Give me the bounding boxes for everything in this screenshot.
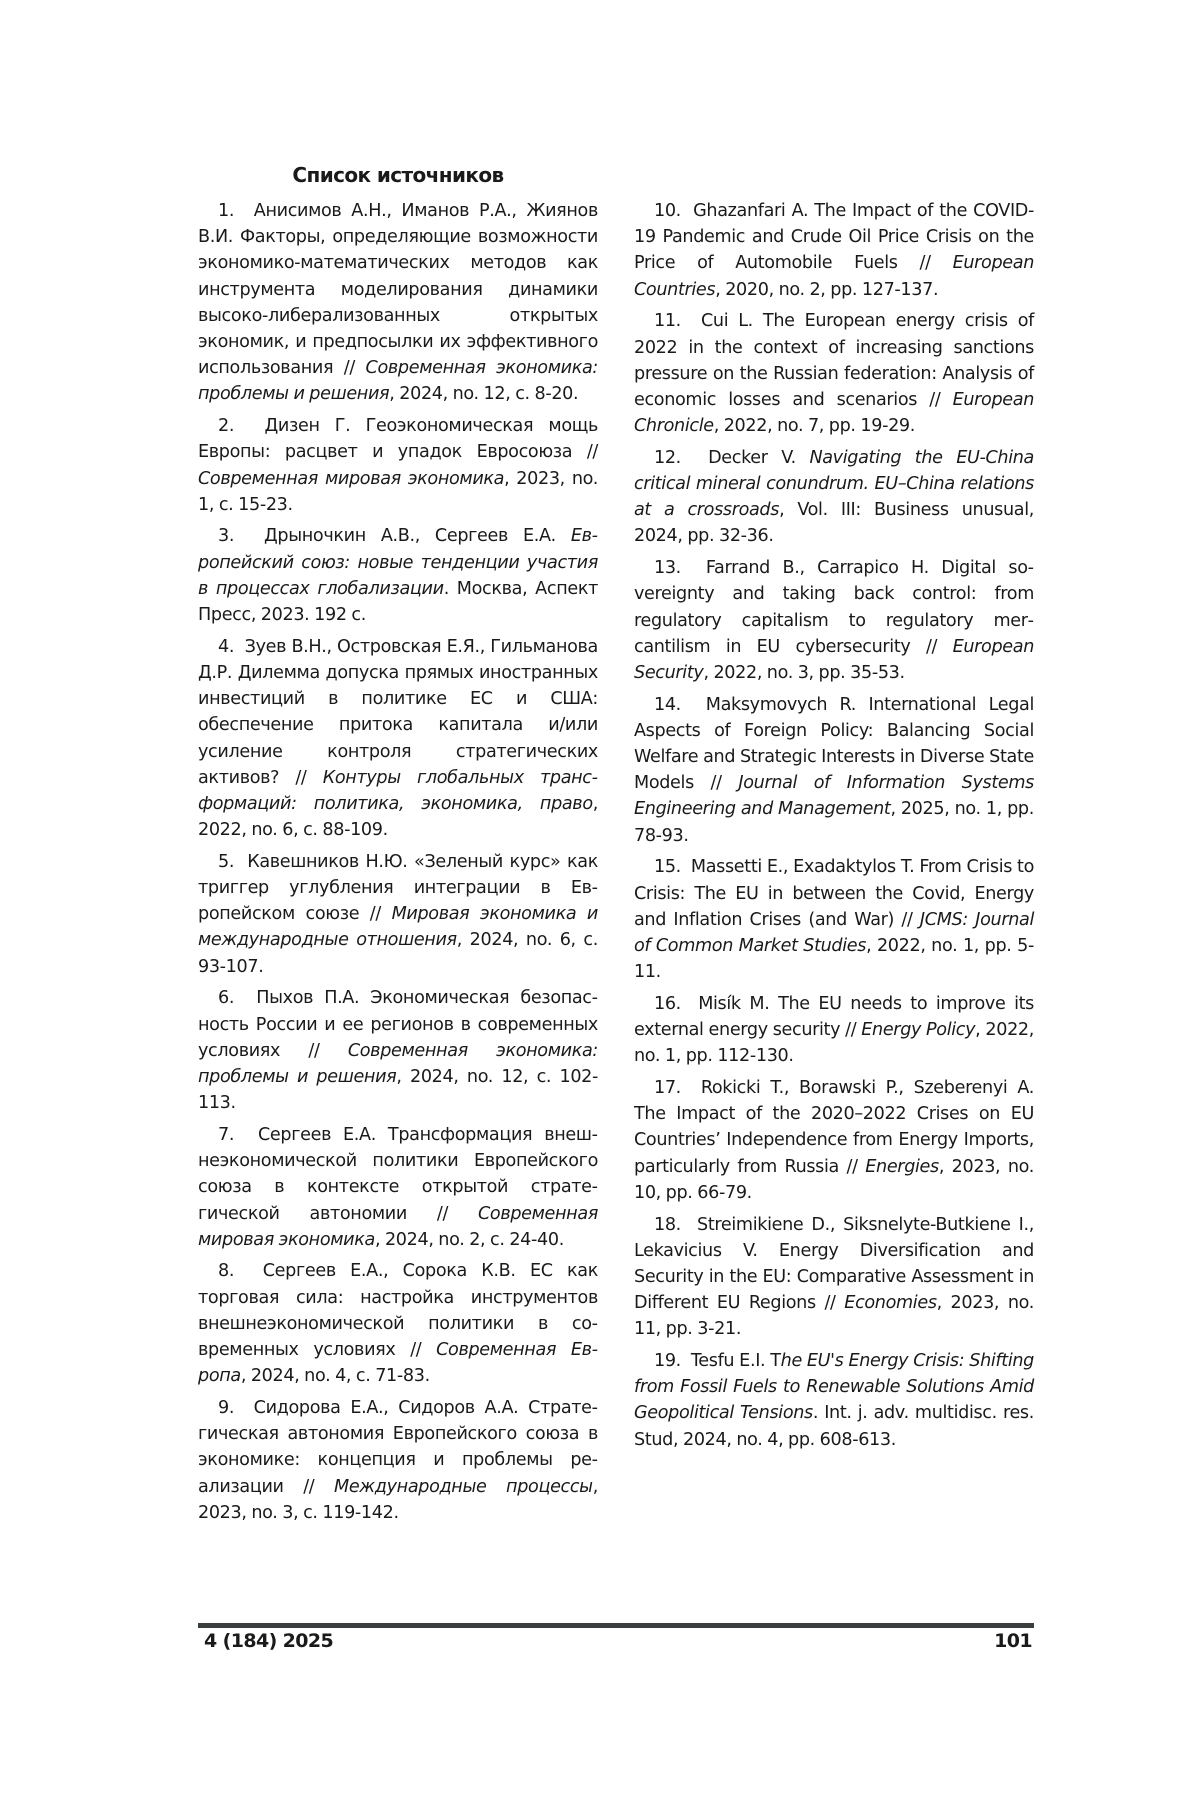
reference-source: Energy Policy <box>861 1020 975 1040</box>
reference-number: 12. <box>654 448 681 468</box>
reference-item: 8. Сергеев Е.А., Сорока К.В. ЕС как торг… <box>198 1258 598 1389</box>
reference-details: , 2024, no. 2, с. 24-40. <box>375 1230 564 1250</box>
page-number: 101 <box>994 1630 1032 1652</box>
reference-details: , 2024, no. 12, с. 8-20. <box>389 384 578 404</box>
reference-number: 16. <box>654 994 681 1014</box>
reference-number: 15. <box>654 857 681 877</box>
reference-item: 4. Зуев В.Н., Островская Е.Я., Гильма­но… <box>198 634 598 844</box>
footer-rule <box>198 1623 1034 1628</box>
reference-details: , 2020, no. 2, pp. 127-137. <box>715 280 938 300</box>
reference-item: 15. Massetti E., Exadaktylos T. From Cri… <box>634 854 1034 985</box>
reference-item: 14. Maksymovych R. International Legal A… <box>634 692 1034 849</box>
reference-item: 19. Tesfu E.I. The EU's Energy Crisis: S… <box>634 1348 1034 1453</box>
reference-item: 12. Decker V. Navigating the EU-China cr… <box>634 445 1034 550</box>
reference-number: 1. <box>218 201 234 221</box>
reference-number: 2. <box>218 416 234 436</box>
reference-item: 16. Misík M. The EU needs to improve its… <box>634 991 1034 1070</box>
reference-number: 14. <box>654 695 681 715</box>
reference-item: 9. Сидорова Е.А., Сидоров А.А. Страте­ги… <box>198 1395 598 1526</box>
reference-details: , 2024, no. 4, с. 71-83. <box>241 1366 430 1386</box>
reference-text: Дрыночкин А.В., Сергеев Е.А. <box>264 526 571 546</box>
reference-item: 11. Cui L. The European energy crisis of… <box>634 308 1034 439</box>
reference-text: Анисимов А.Н., Иманов Р.А., Жиянов В.И. … <box>198 201 598 378</box>
reference-number: 9. <box>218 1398 234 1418</box>
reference-item: 17. Rokicki T., Borawski P., Szeberenyi … <box>634 1075 1034 1206</box>
reference-item: 3. Дрыночкин А.В., Сергеев Е.А. Ев­ропей… <box>198 523 598 628</box>
references-heading: Список источников <box>198 160 598 190</box>
reference-number: 3. <box>218 526 234 546</box>
reference-item: 13. Farrand B., Carrapico H. Digital so­… <box>634 555 1034 686</box>
references-column-right: 10. Ghazanfari A. The Impact of the COVI… <box>634 198 1034 1458</box>
reference-text: Tesfu E.I. T <box>691 1351 781 1371</box>
reference-number: 6. <box>218 988 234 1008</box>
reference-number: 7. <box>218 1125 234 1145</box>
reference-number: 10. <box>654 201 681 221</box>
reference-number: 4. <box>218 637 234 657</box>
reference-text: Дизен Г. Геоэкономическая мощь Европы: р… <box>198 416 598 462</box>
reference-item: 1. Анисимов А.Н., Иманов Р.А., Жиянов В.… <box>198 198 598 408</box>
reference-number: 19. <box>654 1351 681 1371</box>
reference-source: Современная мировая экономика <box>198 469 504 489</box>
reference-item: 10. Ghazanfari A. The Impact of the COVI… <box>634 198 1034 303</box>
reference-item: 2. Дизен Г. Геоэкономическая мощь Европы… <box>198 413 598 518</box>
references-column-left: 1. Анисимов А.Н., Иманов Р.А., Жиянов В.… <box>198 198 598 1531</box>
reference-text: Decker V. <box>708 448 809 468</box>
reference-number: 8. <box>218 1261 234 1281</box>
reference-text: Зуев В.Н., Островская Е.Я., Гильма­нова … <box>198 637 598 788</box>
reference-details: , 2022, no. 3, pp. 35-53. <box>703 663 904 683</box>
reference-details: , 2022, no. 7, pp. 19-29. <box>714 416 915 436</box>
reference-number: 5. <box>218 852 234 872</box>
reference-source: Energies <box>865 1157 939 1177</box>
journal-page: Список источников 1. Анисимов А.Н., Иман… <box>0 0 1200 1801</box>
reference-source: Международные процессы <box>334 1477 593 1497</box>
reference-item: 5. Кавешников Н.Ю. «Зеленый курс» как тр… <box>198 849 598 980</box>
reference-number: 11. <box>654 311 681 331</box>
reference-number: 18. <box>654 1215 681 1235</box>
reference-item: 18. Streimikiene D., Siksnelyte-Butkiene… <box>634 1212 1034 1343</box>
reference-number: 13. <box>654 558 681 578</box>
issue-number: 4 (184) 2025 <box>204 1630 333 1652</box>
reference-number: 17. <box>654 1078 681 1098</box>
reference-source: Eco­nomies <box>844 1293 936 1313</box>
reference-item: 7. Сергеев Е.А. Трансформация внеш­неэко… <box>198 1122 598 1253</box>
reference-item: 6. Пыхов П.А. Экономическая безопас­ност… <box>198 985 598 1116</box>
